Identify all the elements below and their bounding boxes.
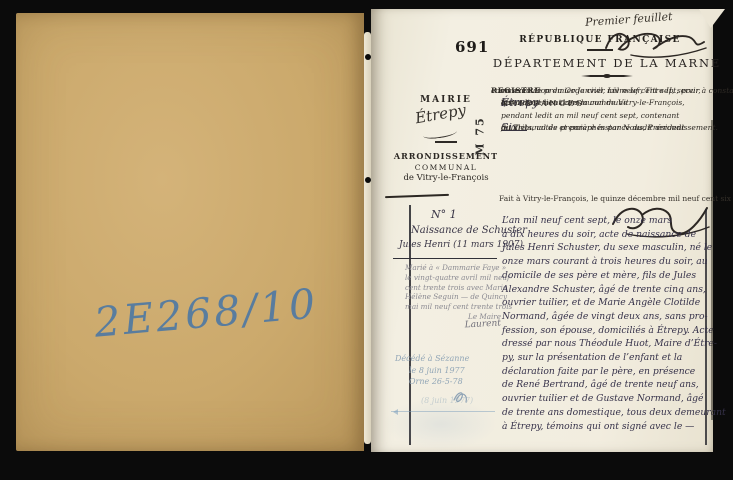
death-note-line: Orne 26-5-78 <box>409 376 495 388</box>
republic-title: RÉPUBLIQUE FRANÇAISE <box>519 35 681 45</box>
act-line: onze mars courant à trois heures du soir… <box>502 255 708 269</box>
scanned-register-photo: { "colors": { "scan_background": "#0b0b0… <box>0 0 733 480</box>
act-line: py, sur la présentation de l’enfant et l… <box>502 351 708 365</box>
death-marginal-note: Décédé à Sézanne le 8 juin 1977 Orne 26-… <box>395 353 495 388</box>
communal-label: COMMUNAL <box>415 163 478 172</box>
act-line: ouvrier tuilier et de Gustave Normand, â… <box>502 392 708 406</box>
act-line: à dix heures du soir, acte de naissance … <box>502 228 708 242</box>
arrondissement-name: de Vitry-le-François <box>403 173 488 183</box>
marriage-note-line: cent trente trois avec Marie <box>405 283 501 293</box>
death-note-line: le 8 juin 1977 <box>409 365 495 377</box>
act-line: domicile de ses père et mère, fils de Ju… <box>502 269 708 283</box>
act-line: fession, son épouse, domiciliés à Étrepy… <box>502 324 708 338</box>
ink-bleed-stain <box>385 399 497 449</box>
register-cover-page: 2E268/10 <box>16 13 364 451</box>
binding-page-edge <box>364 32 371 444</box>
act-line: de René Bertrand, âgé de trente neuf ans… <box>502 378 708 392</box>
registre-line: du Tribunal de première instance dudit a… <box>501 122 713 134</box>
marriage-marginal-note: Marié à « Dammarie Faye » le vingt-quatr… <box>405 263 501 332</box>
act-line: Normand, âgée de vingt deux ans, sans pr… <box>502 310 708 324</box>
page-stack-edge <box>711 120 713 420</box>
act-line: Jules Henri Schuster, du sexe masculin, … <box>502 241 708 255</box>
rule-divider <box>587 49 613 51</box>
marriage-note-line: Hélène Seguin — de Quincy <box>405 292 501 302</box>
ornament-long-dash <box>385 194 449 198</box>
department-title: DÉPARTEMENT DE LA MARNE <box>493 56 721 70</box>
act-number: N° 1 <box>431 208 457 221</box>
ghost-bleed-text: (8 juin 1977) <box>421 396 473 405</box>
marriage-note-line: Marié à « Dammarie Faye » <box>405 263 501 273</box>
registre-line: arrondissement communal de Vitry-le-Fran… <box>501 97 713 109</box>
act-line: ouvrier tuilier, et de Marie Angèle Clot… <box>502 296 708 310</box>
marriage-note-line: mai mil neuf cent trente trois <box>405 302 501 312</box>
folio-number: 691 <box>455 38 489 56</box>
marriage-note-line: le vingt-quatre avril mil neuf- <box>405 273 501 283</box>
margin-underline <box>393 258 497 259</box>
birth-act-text: L’an mil neuf cent sept, le onze mars à … <box>502 214 708 433</box>
registre-opening-paragraph: REGISTRE commencé le premier Janvier mil… <box>491 85 713 135</box>
act-line: à Étrepy, témoins qui ont signé avec le … <box>502 420 708 434</box>
faint-arrow-line <box>391 411 495 412</box>
act-line: de trente ans domestique, tous deux deme… <box>502 406 708 420</box>
handwriting-flourish <box>423 127 458 140</box>
archive-reference-handwriting: 2E268/10 <box>92 279 320 346</box>
act-line: déclaration faite par le père, en présen… <box>502 365 708 379</box>
register-first-leaf-page: Premier feuillet 691 RÉPUBLIQUE FRANÇAIS… <box>371 9 713 452</box>
registre-line: pendant ledit an mil neuf cent sept, con… <box>501 110 713 122</box>
act-line: L’an mil neuf cent sept, le onze mars <box>502 214 708 228</box>
ornament-rule <box>581 75 633 77</box>
ornament-dash <box>435 141 457 143</box>
act-line: Alexandre Schuster, âgé de trente cinq a… <box>502 283 708 297</box>
microfilm-number-stamp: M 75 <box>471 109 489 163</box>
death-note-line: Décédé à Sézanne <box>395 353 495 365</box>
act-line: dressé par nous Théodule Huot, Maire d’É… <box>502 337 708 351</box>
